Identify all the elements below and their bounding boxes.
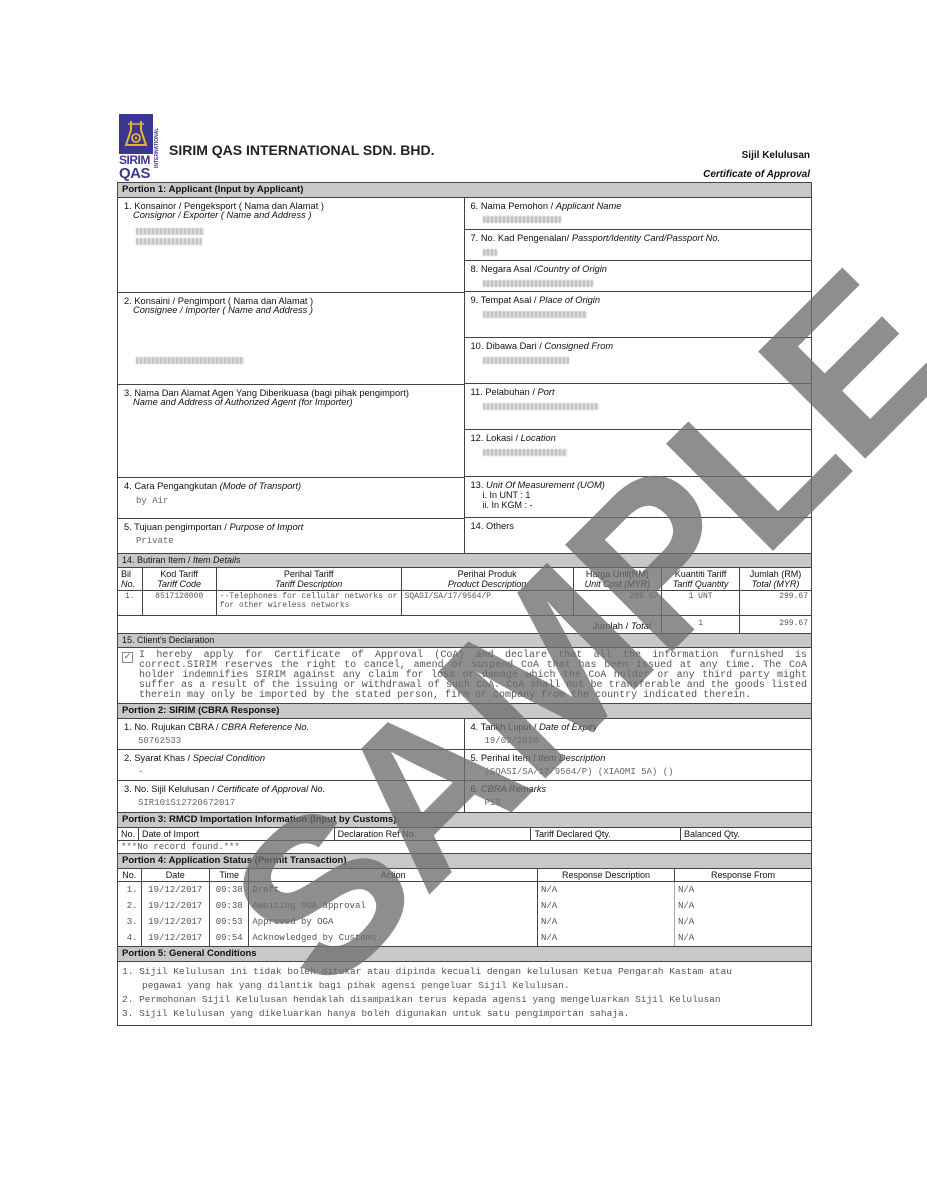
consignee-field: 2. Konsaini / Pengimport ( Nama dan Alam… (118, 293, 464, 385)
transport-value: by Air (124, 496, 458, 506)
uom-field: 13. Unit Of Measurement (UOM) i. In UNT … (465, 477, 812, 518)
cbra-remarks-value: P18 (471, 798, 806, 808)
applicant-name-field: 6. Nama Pemohon / Applicant Name (465, 198, 812, 230)
consignor-field: 1. Konsainor / Pengeksport ( Nama dan Al… (118, 198, 464, 293)
status-cell: 1. (118, 882, 141, 899)
purpose-field: 5. Tujuan pengimportan / Purpose of Impo… (118, 519, 464, 553)
status-column-header: Time (210, 869, 249, 882)
status-row: 1.19/12/201709:38DraftN/AN/A (118, 882, 811, 899)
coa-number-value: SIR101S12720672017 (124, 798, 458, 808)
status-cell: 2. (118, 898, 141, 914)
status-cell: Awaiting OGA approval (249, 898, 538, 914)
item-cell: --Telephones for cellular networks or fo… (216, 591, 401, 616)
status-row: 2.19/12/201709:38Awaiting OGA approvalN/… (118, 898, 811, 914)
coa-number-field: 3. No. Sijil Kelulusan / Certificate of … (118, 781, 464, 812)
portion2-header: Portion 2: SIRIM (CBRA Response) (118, 703, 811, 719)
status-cell: 19/12/2017 (141, 882, 210, 899)
logo-emblem (119, 114, 153, 154)
expiry-value: 19/03/2018 (471, 736, 806, 746)
status-cell: 19/12/2017 (141, 914, 210, 930)
items-column-header: Harga Unit(RM)Unit Cost (MYR) (573, 568, 662, 591)
status-column-header: Response From (675, 869, 812, 882)
status-column-header: Response Description (537, 869, 674, 882)
special-condition-field: 2. Syarat Khas / Special Condition - (118, 750, 464, 781)
status-row: 3.19/12/201709:53Approved by OGAN/AN/A (118, 914, 811, 930)
flask-icon (124, 119, 148, 149)
item-row: 1.8517120000--Telephones for cellular ne… (118, 591, 811, 616)
document-header: SIRIM QAS INTERNATIONAL SIRIM QAS INTERN… (117, 112, 812, 182)
portion5-header: Portion 5: General Conditions (118, 946, 811, 962)
status-cell: N/A (675, 882, 812, 899)
portion1-grid: 1. Konsainor / Pengeksport ( Nama dan Al… (118, 198, 811, 553)
status-cell: 4. (118, 930, 141, 946)
client-declaration: ✓ I hereby apply for Certificate of Appr… (118, 648, 811, 703)
declaration-text: I hereby apply for Certificate of Approv… (139, 651, 807, 701)
title-malay: Sijil Kelulusan (742, 150, 810, 161)
item-cell: 1 UNT (662, 591, 740, 616)
company-name: SIRIM QAS INTERNATIONAL SDN. BHD. (169, 142, 435, 158)
status-cell: N/A (537, 882, 674, 899)
rmcd-column-header: Date of Import (139, 828, 335, 841)
items-header-row: BilNo.Kod TariffTariff CodePerihal Tarif… (118, 568, 811, 591)
rmcd-header-row: No.Date of ImportDeclaration Ref No.Tari… (118, 828, 811, 841)
total-amount: 299.67 (739, 616, 811, 634)
portion3-header: Portion 3: RMCD Importation Information … (118, 812, 811, 828)
transport-field: 4. Cara Pengangkutan (Mode of Transport)… (118, 478, 464, 519)
cbra-ref-value: 50762533 (124, 736, 458, 746)
portion4-header: Portion 4: Application Status (Permit Tr… (118, 854, 811, 869)
status-cell: 09:53 (210, 914, 249, 930)
general-conditions: 1. Sijil Kelulusan ini tidak boleh dituk… (118, 962, 811, 1025)
expiry-field: 4. Tarikh Luput / Date of Expiry 19/03/2… (465, 719, 812, 750)
items-total-row: Jumlah / Total 1 299.67 (118, 616, 811, 634)
status-column-header: Date (141, 869, 210, 882)
status-cell: N/A (537, 914, 674, 930)
declaration-header: 15. Client's Declaration (118, 634, 811, 648)
status-cell: N/A (675, 898, 812, 914)
item-cell: 299.67 (573, 591, 662, 616)
item-description-field: 5. Perihal Item / Item Description (SQAS… (465, 750, 812, 781)
declaration-checkbox[interactable]: ✓ (122, 652, 133, 663)
check-icon: ✓ (124, 652, 132, 662)
item-cell: 1. (118, 591, 142, 616)
item-cell: 299.67 (739, 591, 811, 616)
status-cell: 09:38 (210, 882, 249, 899)
condition-item: 2. Permohonan Sijil Kelulusan hendaklah … (122, 993, 807, 1007)
items-column-header: Perihal TariffTariff Description (216, 568, 401, 591)
status-column-header: Action (249, 869, 538, 882)
items-table: BilNo.Kod TariffTariff CodePerihal Tarif… (118, 568, 811, 634)
rmcd-column-header: Declaration Ref No. (334, 828, 531, 841)
status-cell: Approved by OGA (249, 914, 538, 930)
condition-item: 3. Sijil Kelulusan yang dikeluarkan hany… (122, 1007, 807, 1021)
status-body: 1.19/12/201709:38DraftN/AN/A2.19/12/2017… (118, 882, 811, 947)
items-column-header: Perihal ProdukProduct Description (401, 568, 573, 591)
status-cell: N/A (537, 898, 674, 914)
status-cell: 09:54 (210, 930, 249, 946)
consignee-redacted (124, 355, 458, 365)
rmcd-table: No.Date of ImportDeclaration Ref No.Tari… (118, 828, 811, 854)
items-column-header: Kod TariffTariff Code (142, 568, 216, 591)
rmcd-column-header: Tariff Declared Qty. (531, 828, 681, 841)
location-field: 12. Lokasi / Location (465, 430, 812, 477)
item-description-value: (SQASI/SA/17/9564/P) (XIAOMI 5A) () (471, 767, 806, 777)
portion1-left: 1. Konsainor / Pengeksport ( Nama dan Al… (118, 198, 465, 553)
status-cell: 19/12/2017 (141, 930, 210, 946)
uom-unt: i. In UNT : 1 (471, 490, 806, 500)
status-column-header: No. (118, 869, 141, 882)
status-table: No.DateTimeActionResponse DescriptionRes… (118, 869, 811, 946)
cbra-ref-field: 1. No. Rujukan CBRA / CBRA Reference No.… (118, 719, 464, 750)
item-cell: SQASI/SA/17/9564/P (401, 591, 573, 616)
cbra-remarks-field: 6. CBRA Remarks P18 (465, 781, 812, 812)
status-cell: Acknowledged by Customs (249, 930, 538, 946)
items-column-header: Kuantiti TariffTariff Quantity (662, 568, 740, 591)
country-origin-field: 8. Negara Asal /Country of Origin (465, 261, 812, 292)
items-body: 1.8517120000--Telephones for cellular ne… (118, 591, 811, 616)
purpose-value: Private (124, 536, 458, 546)
item-cell: 8517120000 (142, 591, 216, 616)
consignor-redacted (124, 226, 458, 246)
items-column-header: Jumlah (RM)Total (MYR) (739, 568, 811, 591)
logo-international-text: INTERNATIONAL (154, 114, 162, 182)
rmcd-column-header: Balanced Qty. (681, 828, 811, 841)
condition-item: 1. Sijil Kelulusan ini tidak boleh dituk… (122, 965, 807, 993)
status-cell: 09:38 (210, 898, 249, 914)
status-cell: 3. (118, 914, 141, 930)
no-record-text: ***No record found.*** (118, 841, 811, 854)
items-header: 14. Butiran Item / Item Details (118, 553, 811, 568)
form-frame: Portion 1: Applicant (Input by Applicant… (117, 182, 812, 1026)
total-quantity: 1 (662, 616, 740, 634)
status-cell: N/A (675, 930, 812, 946)
logo-qas-text: QAS (119, 166, 150, 181)
place-origin-field: 9. Tempat Asal / Place of Origin (465, 292, 812, 338)
portion2-grid: 1. No. Rujukan CBRA / CBRA Reference No.… (118, 719, 811, 812)
portion1-right: 6. Nama Pemohon / Applicant Name 7. No. … (465, 198, 812, 553)
title-english: Certificate of Approval (703, 169, 810, 180)
certificate-page: SIRIM QAS INTERNATIONAL SIRIM QAS INTERN… (117, 112, 812, 1026)
status-cell: N/A (537, 930, 674, 946)
items-column-header: BilNo. (118, 568, 142, 591)
agent-field: 3. Nama Dan Alamat Agen Yang Diberikuasa… (118, 385, 464, 478)
portion1-header: Portion 1: Applicant (Input by Applicant… (118, 183, 811, 198)
id-card-field: 7. No. Kad Pengenalan/ Passport/Identity… (465, 230, 812, 261)
consigned-from-field: 10. Dibawa Dari / Consigned From (465, 338, 812, 384)
status-header-row: No.DateTimeActionResponse DescriptionRes… (118, 869, 811, 882)
status-cell: 19/12/2017 (141, 898, 210, 914)
status-row: 4.19/12/201709:54Acknowledged by Customs… (118, 930, 811, 946)
port-field: 11. Pelabuhan / Port (465, 384, 812, 430)
others-field: 14. Others (465, 518, 812, 552)
uom-kgm: ii. In KGM : - (471, 500, 806, 510)
status-cell: N/A (675, 914, 812, 930)
rmcd-column-header: No. (118, 828, 139, 841)
status-cell: Draft (249, 882, 538, 899)
sirim-logo: SIRIM QAS INTERNATIONAL (119, 114, 163, 182)
